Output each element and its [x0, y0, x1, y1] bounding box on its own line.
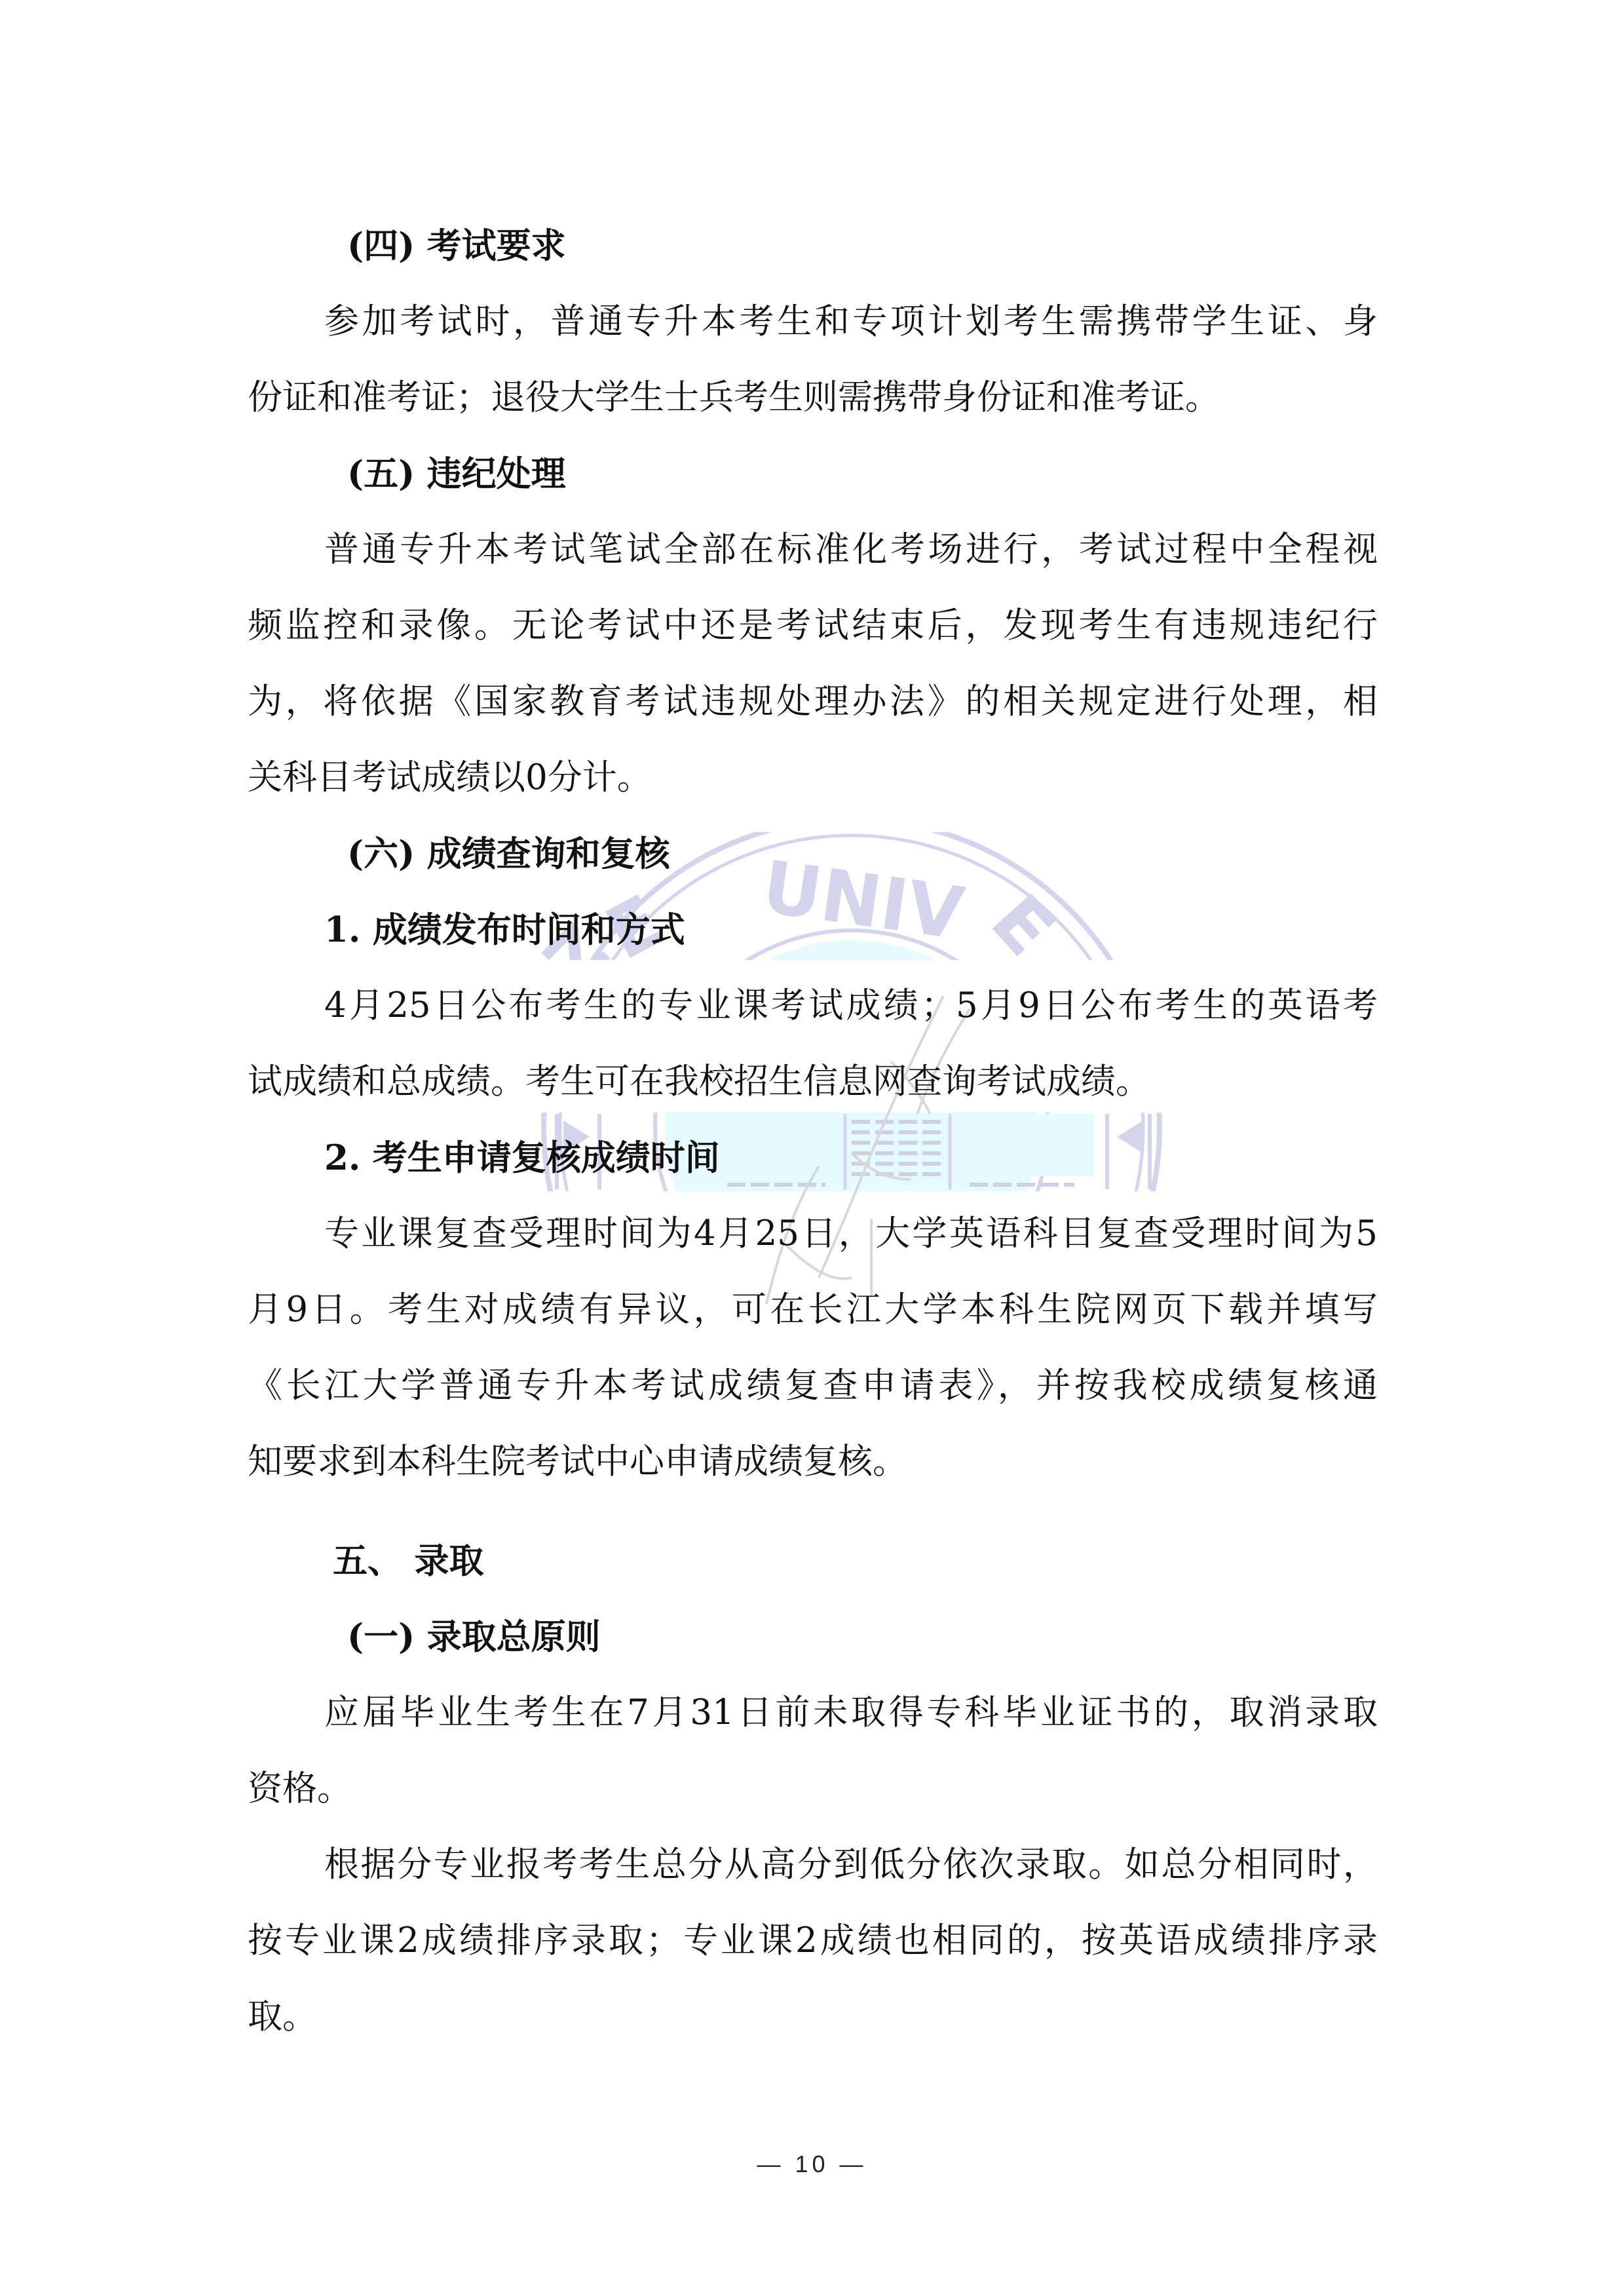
paragraph-line: 专业课复查受理时间为4月25日，大学英语科目复查受理时间为5: [324, 1196, 1378, 1272]
document-page: UNIV E E Z: [0, 0, 1624, 2296]
section-heading: (四) 考试要求: [347, 208, 566, 284]
paragraph-line: 频监控和录像。无论考试中还是考试结束后，发现考生有违规违纪行: [248, 588, 1378, 664]
section-heading: 1. 成绩发布时间和方式: [324, 892, 685, 968]
section-heading: 2. 考生申请复核成绩时间: [324, 1120, 720, 1196]
paragraph-line: 资格。: [248, 1751, 352, 1827]
section-heading: (六) 成绩查询和复核: [347, 816, 670, 892]
paragraph-line: 《长江大学普通专升本考试成绩复查申请表》，并按我校成绩复核通: [248, 1348, 1378, 1424]
paragraph-line: 根据分专业报考考生总分从高分到低分依次录取。如总分相同时，: [324, 1827, 1378, 1903]
paragraph-line: 普通专升本考试笔试全部在标准化考场进行，考试过程中全程视: [324, 512, 1378, 588]
paragraph-line: 4月25日公布考生的专业课考试成绩；5月9日公布考生的英语考: [324, 968, 1378, 1044]
section-heading: (五) 违纪处理: [347, 436, 566, 512]
page-number: — 10 —: [0, 2151, 1624, 2178]
paragraph-line: 试成绩和总成绩。考生可在我校招生信息网查询考试成绩。: [248, 1044, 1150, 1120]
paragraph-line: 按专业课2成绩排序录取；专业课2成绩也相同的，按英语成绩排序录: [248, 1903, 1378, 1979]
paragraph-line: 参加考试时，普通专升本考生和专项计划考生需携带学生证、身: [324, 284, 1378, 360]
svg-text:E: E: [975, 879, 1070, 972]
section-heading: 五、 录取: [333, 1523, 483, 1599]
paragraph-line: 应届毕业生考生在7月31日前未取得专科毕业证书的，取消录取: [324, 1675, 1378, 1751]
paragraph-line: 份证和准考证；退役大学生士兵考生则需携带身份证和准考证。: [248, 360, 1220, 436]
section-heading: (一) 录取总原则: [347, 1599, 601, 1675]
paragraph-line: 月9日。考生对成绩有异议，可在长江大学本科生院网页下载并填写: [248, 1272, 1378, 1348]
paragraph-line: 取。: [248, 1979, 317, 2055]
paragraph-line: 关科目考试成绩以0分计。: [248, 740, 652, 816]
svg-text:UNIV: UNIV: [757, 845, 968, 956]
paragraph-line: 为，将依据《国家教育考试违规处理办法》的相关规定进行处理，相: [248, 664, 1378, 740]
paragraph-line: 知要求到本科生院考试中心申请成绩复核。: [248, 1424, 907, 1500]
